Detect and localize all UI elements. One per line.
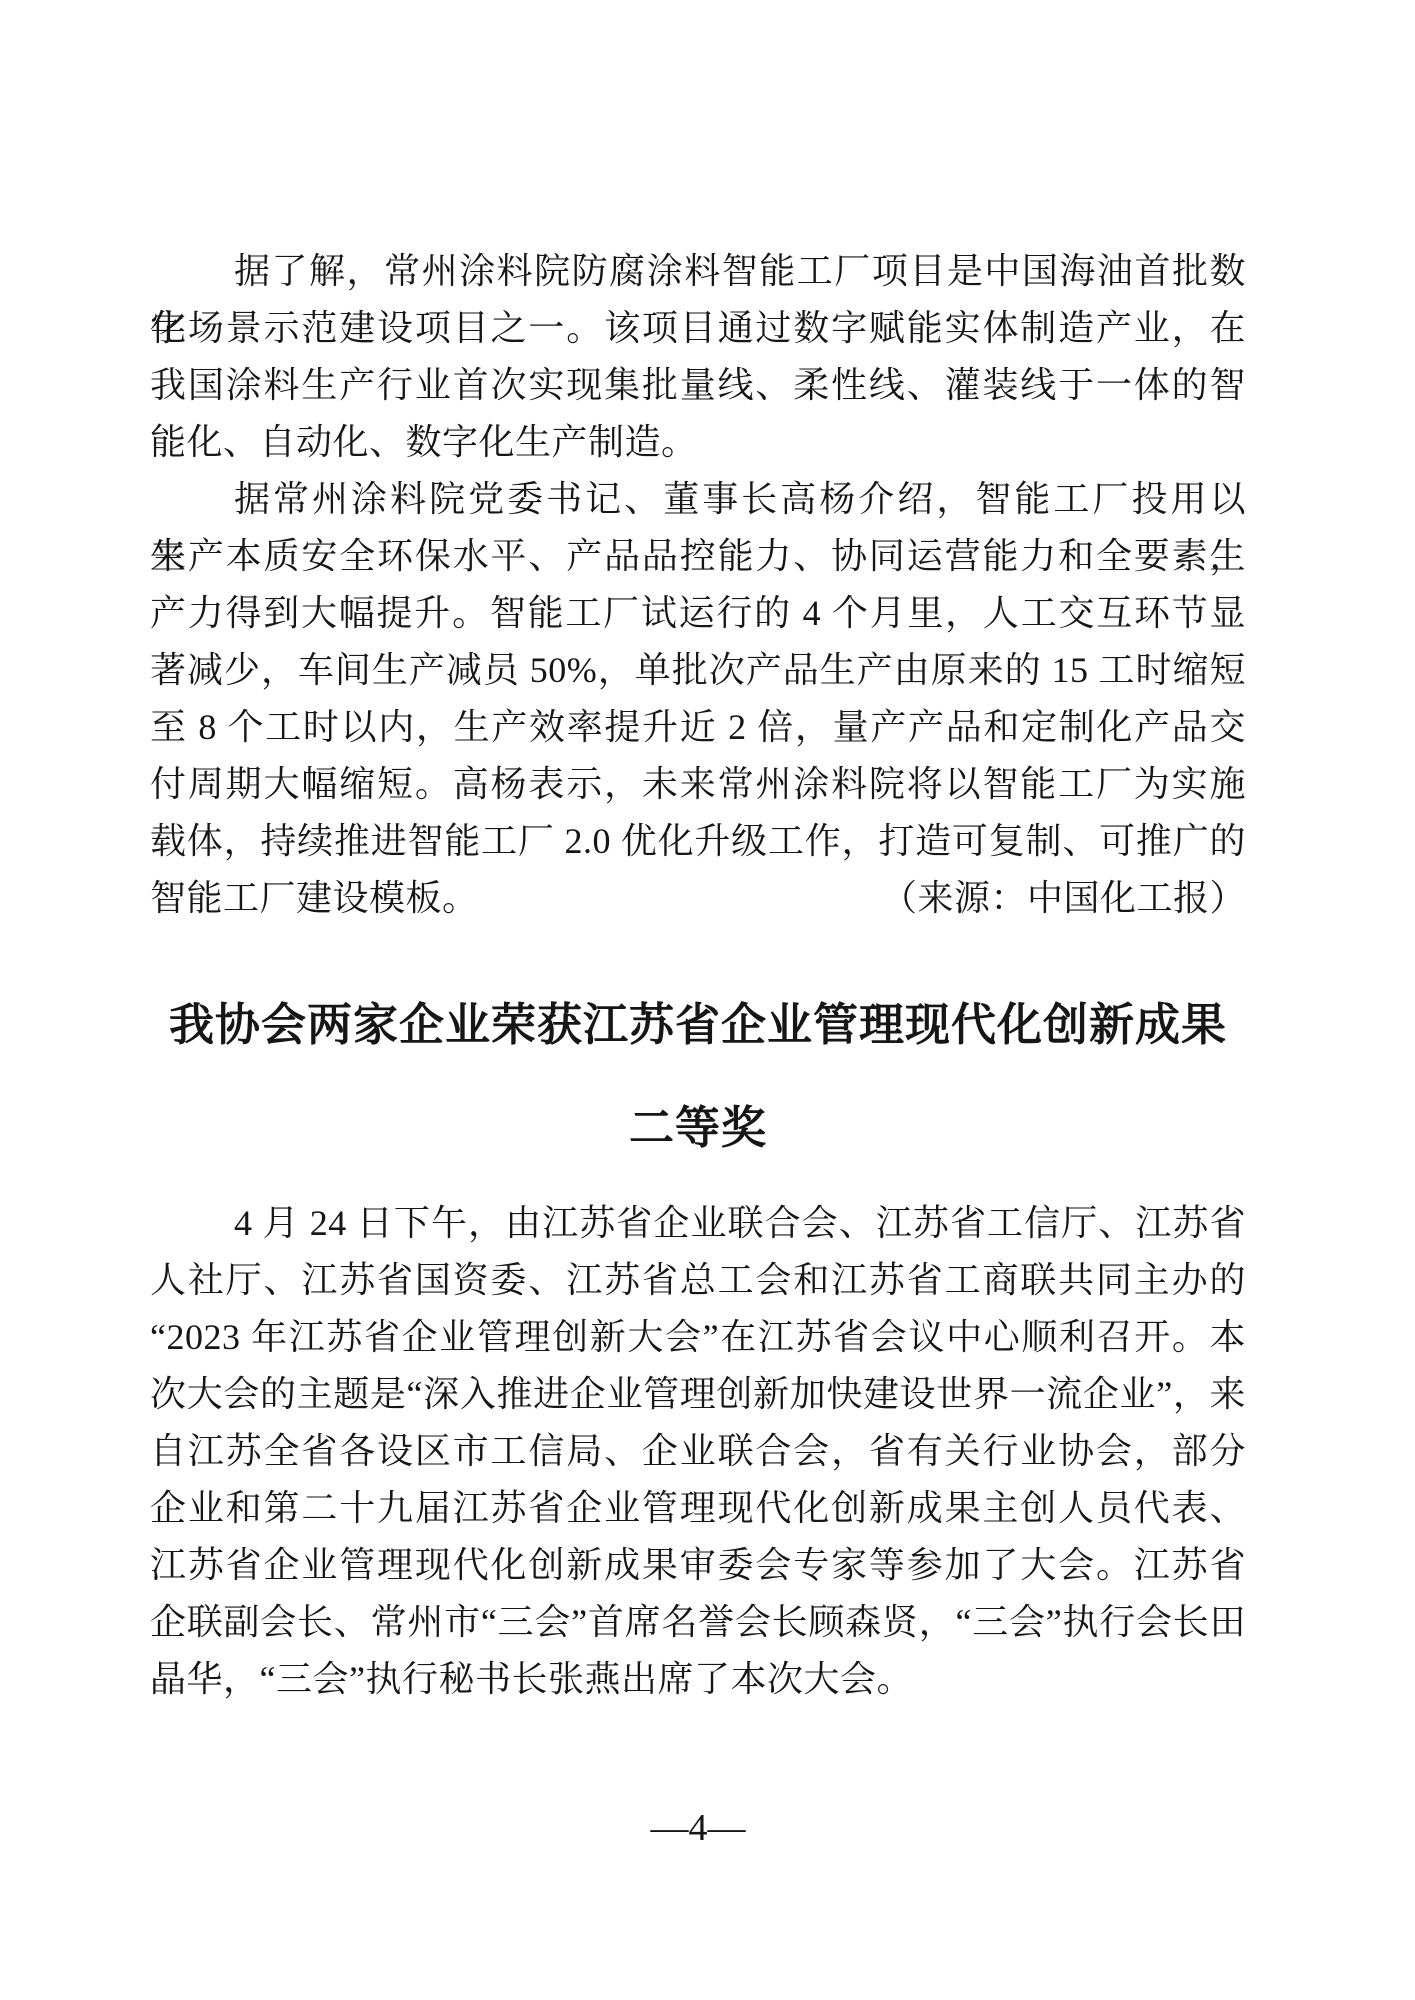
text-line: 企业和第二十九届江苏省企业管理现代化创新成果主创人员代表、 — [150, 1480, 1246, 1537]
text-line: 载体，持续推进智能工厂 2.0 优化升级工作，打造可复制、可推广的 — [150, 813, 1246, 870]
document-page: 据了解，常州涂料院防腐涂料智能工厂项目是中国海油首批数字化场景示范建设项目之一。… — [0, 0, 1415, 2000]
article1-body: 据了解，常州涂料院防腐涂料智能工厂项目是中国海油首批数字化场景示范建设项目之一。… — [150, 243, 1246, 927]
page-number: —4— — [150, 1800, 1246, 1857]
text-line: 自江苏全省各设区市工信局、企业联合会，省有关行业协会，部分 — [150, 1423, 1246, 1480]
text-line: 企联副会长、常州市“三会”首席名誉会长顾森贤，“三会”执行会长田 — [150, 1594, 1246, 1651]
article2-body: 4 月 24 日下午，由江苏省企业联合会、江苏省工信厅、江苏省人社厅、江苏省国资… — [150, 1195, 1246, 1708]
article2-paragraph: 4 月 24 日下午，由江苏省企业联合会、江苏省工信厅、江苏省人社厅、江苏省国资… — [150, 1195, 1246, 1708]
text-line: 次大会的主题是“深入推进企业管理创新加快建设世界一流企业”，来 — [150, 1366, 1246, 1423]
article1-paragraph1: 据了解，常州涂料院防腐涂料智能工厂项目是中国海油首批数字化场景示范建设项目之一。… — [150, 243, 1246, 471]
text-line: 著减少，车间生产减员 50%，单批次产品生产由原来的 15 工时缩短 — [150, 642, 1246, 699]
article1-closing-line: 智能工厂建设模板。 （来源：中国化工报） — [150, 870, 1246, 927]
text-line: 化场景示范建设项目之一。该项目通过数字赋能实体制造产业，在 — [150, 300, 1246, 357]
article1-source-attribution: （来源：中国化工报） — [881, 870, 1246, 927]
text-line: 能化、自动化、数字化生产制造。 — [150, 414, 1246, 471]
text-line: 至 8 个工时以内，生产效率提升近 2 倍，量产产品和定制化产品交 — [150, 699, 1246, 756]
text-line: 4 月 24 日下午，由江苏省企业联合会、江苏省工信厅、江苏省 — [150, 1195, 1246, 1252]
text-line: 产力得到大幅提升。智能工厂试运行的 4 个月里，人工交互环节显 — [150, 585, 1246, 642]
text-line: 付周期大幅缩短。高杨表示，未来常州涂料院将以智能工厂为实施 — [150, 756, 1246, 813]
text-line: 据了解，常州涂料院防腐涂料智能工厂项目是中国海油首批数字 — [150, 243, 1246, 300]
text-line: 据常州涂料院党委书记、董事长高杨介绍，智能工厂投用以来， — [150, 471, 1246, 528]
text-line: 人社厅、江苏省国资委、江苏省总工会和江苏省工商联共同主办的 — [150, 1252, 1246, 1309]
article1-closing-text: 智能工厂建设模板。 — [150, 870, 479, 927]
article2-title-line2: 二等奖 — [150, 1098, 1246, 1158]
text-line: 江苏省企业管理现代化创新成果审委会专家等参加了大会。江苏省 — [150, 1537, 1246, 1594]
article1-paragraph2: 据常州涂料院党委书记、董事长高杨介绍，智能工厂投用以来，生产本质安全环保水平、产… — [150, 471, 1246, 870]
text-line: 生产本质安全环保水平、产品品控能力、协同运营能力和全要素生 — [150, 528, 1246, 585]
article2-title-line1: 我协会两家企业荣获江苏省企业管理现代化创新成果 — [150, 995, 1246, 1055]
text-line: 晶华，“三会”执行秘书长张燕出席了本次大会。 — [150, 1651, 1246, 1708]
text-line: 我国涂料生产行业首次实现集批量线、柔性线、灌装线于一体的智 — [150, 357, 1246, 414]
text-line: “2023 年江苏省企业管理创新大会”在江苏省会议中心顺利召开。本 — [150, 1309, 1246, 1366]
